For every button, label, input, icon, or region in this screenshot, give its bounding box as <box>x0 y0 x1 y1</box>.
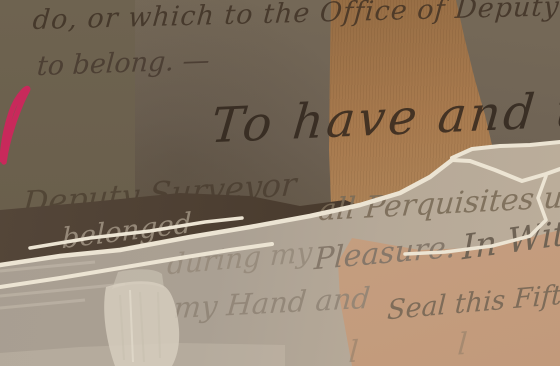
manuscript-collage: do, or which to the Office of Deputy to … <box>0 0 560 366</box>
olive-backdrop <box>0 0 135 215</box>
